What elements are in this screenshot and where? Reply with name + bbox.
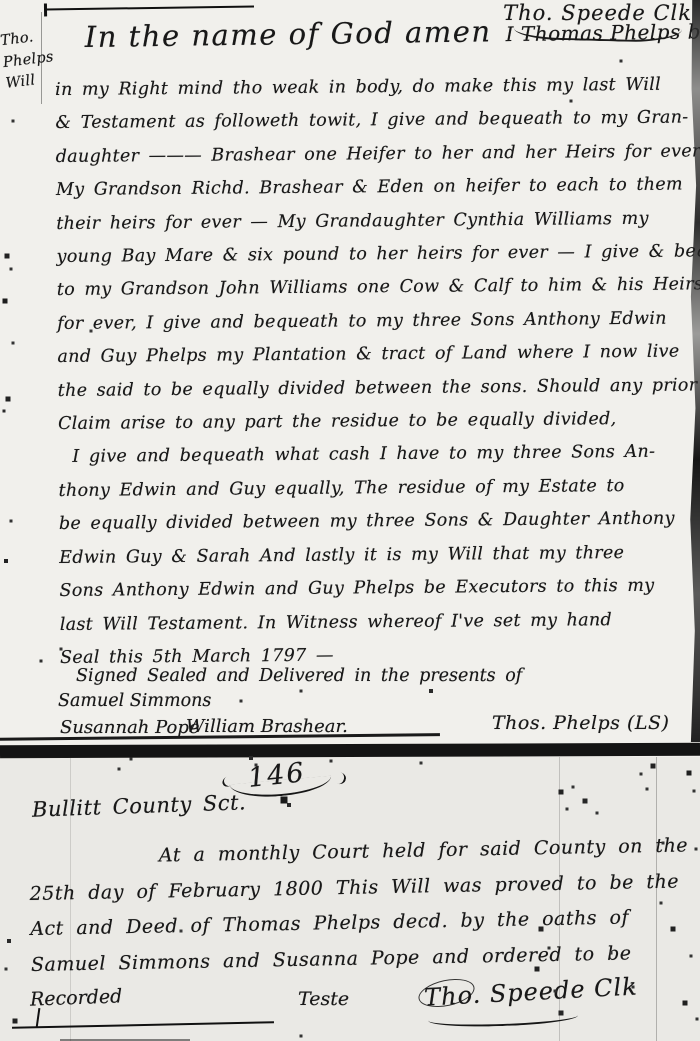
will-line: My Grandson Richd. Brashear & Eden on he… [56,169,700,208]
will-line: Edwin Guy & Sarah And lastly it is my Wi… [59,536,700,575]
testator-intro-text: I Thomas Phelps being [505,19,700,46]
scan-noise-page2 [0,0,2,2]
will-line: be equally divided between my three Sons… [59,503,700,542]
scanned-will-document: Tho. Speede Clk Tho. Phelps Will In the … [0,0,700,1041]
will-line: Claim arise to any part the residue to b… [58,402,700,441]
recorded-label: Recorded [30,985,123,1010]
margin-annotation: Tho. Phelps Will [0,25,58,95]
will-line: and Guy Phelps my Plantation & tract of … [57,336,700,375]
will-line: Sons Anthony Edwin and Guy Phelps be Exe… [59,569,700,608]
will-line: thony Edwin and Guy equally, The residue… [58,469,700,508]
probate-body-text: At a monthly Court held for said County … [29,828,691,983]
page-separator-band [0,743,700,758]
will-line: for ever, I give and bequeath to my thre… [57,302,700,341]
attestation-line: Signed Sealed and Delivered in the prese… [76,666,522,686]
will-opening-line: In the name of God amen I Thomas Phelps … [85,11,700,54]
margin-annotation-line: Will [4,68,57,96]
will-line: daughter ——— Brashear one Heifer to her … [56,135,700,174]
will-line: to my Grandson John Williams one Cow & C… [57,269,700,308]
will-line: in my Right mind tho weak in body, do ma… [55,68,700,107]
will-line: I give and bequeath what cash I have to … [58,436,700,475]
will-line: & Testament as followeth towit, I give a… [55,102,700,141]
teste-label: Teste [298,988,349,1010]
will-line: their heirs for ever — My Grandaughter C… [56,202,700,241]
will-line: young Bay Mare & six pound to her heirs … [56,235,700,274]
witness-name-pope: Susannah Pope [60,717,200,738]
will-line: last Will Testament. In Witness whereof … [60,603,700,642]
witness-name-simmons: Samuel Simmons [58,691,211,711]
will-body-text: in my Right mind tho weak in body, do ma… [55,68,700,675]
testator-signature: Thos. Phelps (LS) [492,712,669,734]
invocation-text: In the name of God amen [85,14,492,54]
ledger-rule-line-top [46,6,254,11]
will-line: the said to be equally divided between t… [58,369,700,408]
